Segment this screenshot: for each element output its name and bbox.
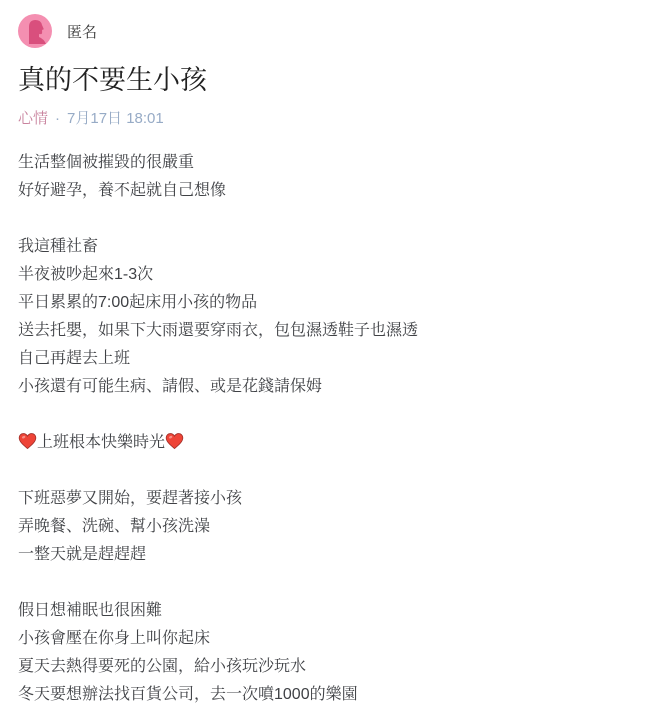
body-line: 夏天去熱得要死的公園，給小孩玩沙玩水 <box>18 653 641 681</box>
post-header: 匿名 <box>18 14 641 48</box>
body-line: 自己再趕去上班 <box>18 345 641 373</box>
red-heart-emoji-icon <box>165 432 184 450</box>
category-link[interactable]: 心情 <box>18 110 48 127</box>
post-body: 生活整個被摧毀的很嚴重 好好避孕，養不起就自己想像 我這種社畜 半夜被吵起來1-… <box>18 149 641 709</box>
body-line: 小孩會壓在你身上叫你起床 <box>18 625 641 653</box>
paragraph: 生活整個被摧毀的很嚴重 好好避孕，養不起就自己想像 <box>18 149 641 205</box>
body-line: 下班惡夢又開始，要趕著接小孩 <box>18 485 641 513</box>
body-line: 冬天要想辦法找百貨公司，去一次噴1000的樂園 <box>18 681 641 709</box>
body-line: 好好避孕，養不起就自己想像 <box>18 177 641 205</box>
female-profile-silhouette-icon <box>18 14 52 48</box>
body-line: 弄晚餐、洗碗、幫小孩洗澡 <box>18 513 641 541</box>
paragraph: 我這種社畜 半夜被吵起來1-3次 平日累累的7:00起床用小孩的物品 送去托嬰，… <box>18 233 641 401</box>
meta-separator: · <box>55 110 60 127</box>
body-line: 一整天就是趕趕趕 <box>18 541 641 569</box>
author-label: 匿名 <box>67 21 97 42</box>
post-title: 真的不要生小孩 <box>18 62 641 98</box>
post-timestamp: 7月17日 18:01 <box>67 110 164 127</box>
anonymous-avatar <box>18 14 52 48</box>
body-line: 平日累累的7:00起床用小孩的物品 <box>18 289 641 317</box>
post-page: 匿名 真的不要生小孩 心情·7月17日 18:01 生活整個被摧毀的很嚴重 好好… <box>0 0 659 719</box>
heart-line-text: 上班根本快樂時光 <box>37 434 165 451</box>
paragraph: 假日想補眠也很困難 小孩會壓在你身上叫你起床 夏天去熱得要死的公園，給小孩玩沙玩… <box>18 597 641 709</box>
paragraph: 下班惡夢又開始，要趕著接小孩 弄晚餐、洗碗、幫小孩洗澡 一整天就是趕趕趕 <box>18 485 641 569</box>
body-line: 半夜被吵起來1-3次 <box>18 261 641 289</box>
post-container: 匿名 真的不要生小孩 心情·7月17日 18:01 生活整個被摧毀的很嚴重 好好… <box>0 0 659 709</box>
body-line: 生活整個被摧毀的很嚴重 <box>18 149 641 177</box>
post-meta: 心情·7月17日 18:01 <box>18 110 641 128</box>
body-line: 小孩還有可能生病、請假、或是花錢請保姆 <box>18 373 641 401</box>
body-line: 送去托嬰，如果下大雨還要穿雨衣，包包濕透鞋子也濕透 <box>18 317 641 345</box>
body-line: 我這種社畜 <box>18 233 641 261</box>
paragraph-heart-line: 上班根本快樂時光 <box>18 429 641 457</box>
body-line: 假日想補眠也很困難 <box>18 597 641 625</box>
body-line-with-hearts: 上班根本快樂時光 <box>18 429 641 457</box>
red-heart-emoji-icon <box>18 432 37 450</box>
